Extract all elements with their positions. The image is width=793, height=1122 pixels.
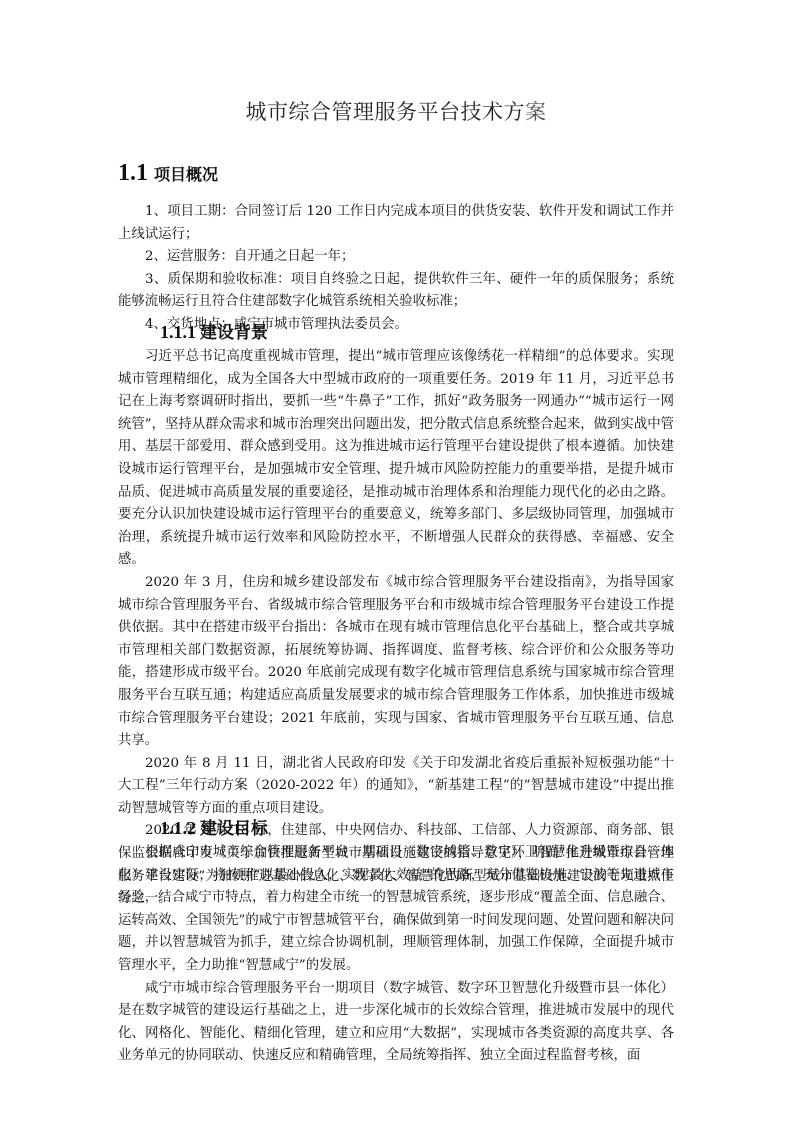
section-number: 1.1.2 <box>160 818 196 838</box>
section-title: 建设背景 <box>200 323 268 343</box>
overview-item: 3、质保期和验收标准：项目自终验之日起，提供软件三年、硬件一年的质保服务；系统能… <box>118 269 674 314</box>
document-title: 城市综合管理服务平台技术方案 <box>118 96 674 126</box>
goal-section: 根据咸宁市城市综合管理服务平台一期项目（数字城管、数字环卫智慧化升级暨市县一体化… <box>118 842 674 1068</box>
section-number: 1.1.1 <box>160 322 196 342</box>
section-heading-1-1: 1.1项目概况 <box>118 160 218 187</box>
paragraph: 咸宁市城市综合管理服务平台一期项目（数字城管、数字环卫智慧化升级暨市县一体化）是… <box>118 978 674 1068</box>
title-last-char: 案 <box>525 100 547 124</box>
section-number: 1.1 <box>118 160 148 186</box>
title-text: 城市综合管理服务平台技术方 <box>246 100 526 124</box>
overview-item: 1、项目工期：合同签订后 120 工作日内完成本项目的供货安装、软件开发和调试工… <box>118 201 674 246</box>
overview-list: 1、项目工期：合同签订后 120 工作日内完成本项目的供货安装、软件开发和调试工… <box>118 201 674 337</box>
section-title: 建设目标 <box>200 819 268 839</box>
overview-item: 2、运营服务：自开通之日起一年； <box>118 246 674 269</box>
paragraph: 习近平总书记高度重视城市管理，提出“城市管理应该像绣花一样精细”的总体要求。实现… <box>118 346 674 572</box>
section-title: 项目概况 <box>154 165 218 184</box>
paragraph: 2020 年 8 月 11 日，湖北省人民政府印发《关于印发湖北省疫后重振补短板… <box>118 753 674 821</box>
section-heading-1-1-2: 1.1.2建设目标 <box>160 814 268 839</box>
paragraph: 根据咸宁市城市综合管理服务平台一期项目（数字城管、数字环卫智慧化升级暨市县一体化… <box>118 842 674 978</box>
paragraph: 2020 年 3 月，住房和城乡建设部发布《城市综合管理服务平台建设指南》，为指… <box>118 572 674 753</box>
section-heading-1-1-1: 1.1.1建设背景 <box>160 318 268 343</box>
